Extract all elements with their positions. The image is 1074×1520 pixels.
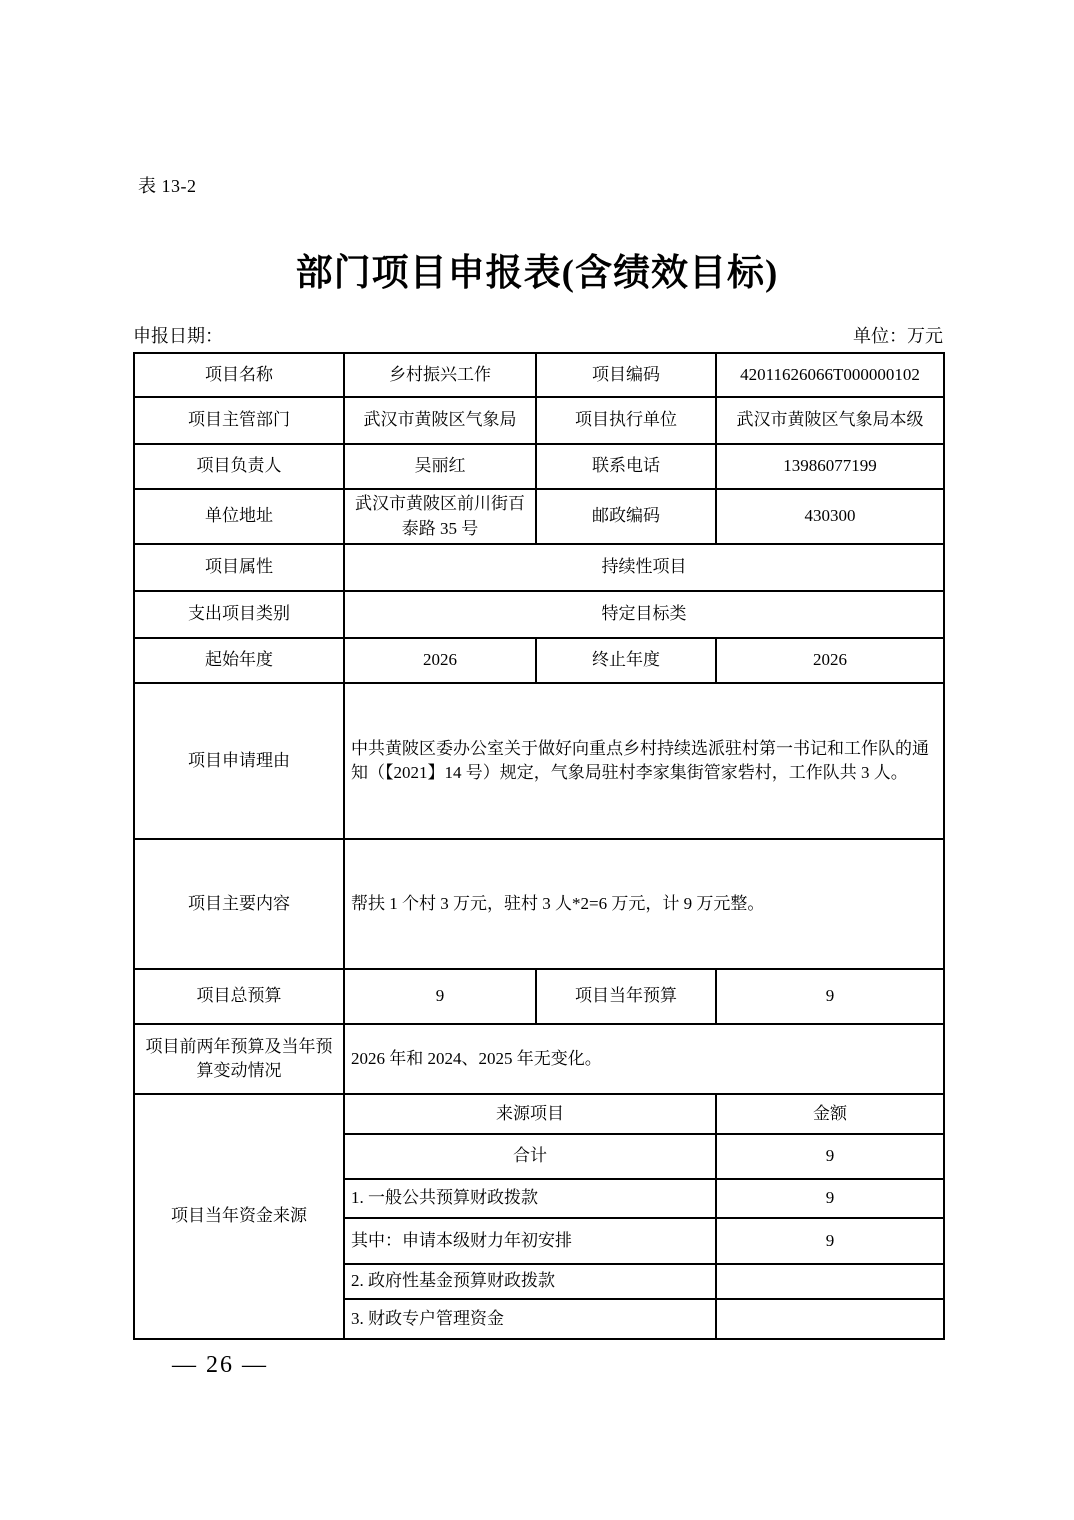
end-year-label: 终止年度 [536, 638, 716, 683]
project-code-value: 42011626066T000000102 [716, 353, 944, 397]
funding-general-budget-source: 1. 一般公共预算财政拨款 [344, 1179, 716, 1218]
date-label: 申报日期： [133, 322, 223, 348]
funding-header-source: 来源项目 [344, 1094, 716, 1134]
table-row: 项目主要内容 帮扶 1 个村 3 万元，驻村 3 人*2=6 万元，计 9 万元… [134, 839, 944, 969]
funding-total-source: 合计 [344, 1134, 716, 1179]
project-leader-value: 吴丽红 [344, 444, 536, 489]
funding-local-arrangement-source: 其中：申请本级财力年初安排 [344, 1218, 716, 1264]
meta-row: 申报日期： 单位：万元 [133, 322, 943, 348]
phone-label: 联系电话 [536, 444, 716, 489]
funding-gov-fund-amount [716, 1264, 944, 1299]
total-budget-label: 项目总预算 [134, 969, 344, 1024]
project-attribute-value: 持续性项目 [344, 544, 944, 591]
table-row: 项目总预算 9 项目当年预算 9 [134, 969, 944, 1024]
current-year-budget-value: 9 [716, 969, 944, 1024]
form-table: 项目名称 乡村振兴工作 项目编码 42011626066T000000102 项… [133, 352, 945, 1340]
table-row: 项目名称 乡村振兴工作 项目编码 42011626066T000000102 [134, 353, 944, 397]
postal-code-label: 邮政编码 [536, 489, 716, 544]
table-row: 项目申请理由 中共黄陂区委办公室关于做好向重点乡村持续选派驻村第一书记和工作队的… [134, 683, 944, 839]
table-row: 支出项目类别 特定目标类 [134, 591, 944, 638]
start-year-value: 2026 [344, 638, 536, 683]
funding-source-label: 项目当年资金来源 [134, 1094, 344, 1339]
main-content-label: 项目主要内容 [134, 839, 344, 969]
unit-address-value: 武汉市黄陂区前川街百泰路 35 号 [344, 489, 536, 544]
start-year-label: 起始年度 [134, 638, 344, 683]
funding-special-account-source: 3. 财政专户管理资金 [344, 1299, 716, 1339]
table-row: 项目属性 持续性项目 [134, 544, 944, 591]
project-leader-label: 项目负责人 [134, 444, 344, 489]
total-budget-value: 9 [344, 969, 536, 1024]
project-code-label: 项目编码 [536, 353, 716, 397]
document-page: 表 13-2 部门项目申报表(含绩效目标) 申报日期： 单位：万元 项目名称 乡… [0, 0, 1074, 1520]
project-name-value: 乡村振兴工作 [344, 353, 536, 397]
table-row: 项目主管部门 武汉市黄陂区气象局 项目执行单位 武汉市黄陂区气象局本级 [134, 397, 944, 444]
funding-gov-fund-source: 2. 政府性基金预算财政拨款 [344, 1264, 716, 1299]
funding-header-amount: 金额 [716, 1094, 944, 1134]
table-row: 项目前两年预算及当年预算变动情况 2026 年和 2024、2025 年无变化。 [134, 1024, 944, 1094]
executing-unit-value: 武汉市黄陂区气象局本级 [716, 397, 944, 444]
end-year-value: 2026 [716, 638, 944, 683]
project-name-label: 项目名称 [134, 353, 344, 397]
postal-code-value: 430300 [716, 489, 944, 544]
phone-value: 13986077199 [716, 444, 944, 489]
expenditure-category-label: 支出项目类别 [134, 591, 344, 638]
unit-label: 单位：万元 [853, 322, 943, 348]
funding-special-account-amount [716, 1299, 944, 1339]
executing-unit-label: 项目执行单位 [536, 397, 716, 444]
supervising-dept-value: 武汉市黄陂区气象局 [344, 397, 536, 444]
application-reason-label: 项目申请理由 [134, 683, 344, 839]
unit-address-label: 单位地址 [134, 489, 344, 544]
supervising-dept-label: 项目主管部门 [134, 397, 344, 444]
main-content-value: 帮扶 1 个村 3 万元，驻村 3 人*2=6 万元，计 9 万元整。 [344, 839, 944, 969]
doc-label: 表 13-2 [138, 172, 197, 198]
expenditure-category-value: 特定目标类 [344, 591, 944, 638]
table-row: 项目当年资金来源 来源项目 金额 [134, 1094, 944, 1134]
funding-local-arrangement-amount: 9 [716, 1218, 944, 1264]
budget-change-value: 2026 年和 2024、2025 年无变化。 [344, 1024, 944, 1094]
funding-general-budget-amount: 9 [716, 1179, 944, 1218]
table-row: 起始年度 2026 终止年度 2026 [134, 638, 944, 683]
page-number: — 26 — [172, 1352, 268, 1379]
page-title: 部门项目申报表(含绩效目标) [0, 242, 1074, 296]
current-year-budget-label: 项目当年预算 [536, 969, 716, 1024]
project-attribute-label: 项目属性 [134, 544, 344, 591]
budget-change-label: 项目前两年预算及当年预算变动情况 [134, 1024, 344, 1094]
table-row: 项目负责人 吴丽红 联系电话 13986077199 [134, 444, 944, 489]
table-row: 单位地址 武汉市黄陂区前川街百泰路 35 号 邮政编码 430300 [134, 489, 944, 544]
application-reason-value: 中共黄陂区委办公室关于做好向重点乡村持续选派驻村第一书记和工作队的通知（【202… [344, 683, 944, 839]
funding-total-amount: 9 [716, 1134, 944, 1179]
